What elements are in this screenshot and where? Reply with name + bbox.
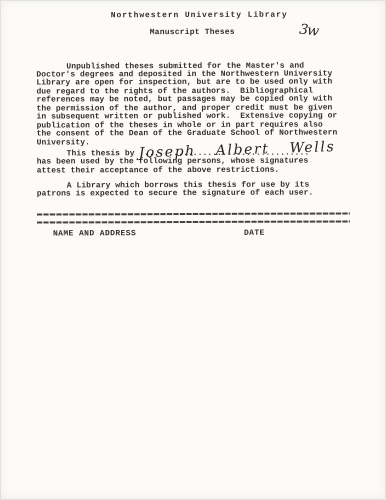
- handwritten-page-mark: 3w: [298, 22, 319, 40]
- table-rule-top: [37, 212, 350, 215]
- column-header-name-address: NAME AND ADDRESS: [53, 229, 136, 238]
- table-rule-bottom: [37, 220, 350, 223]
- scanned-document-page: Northwestern University Library Manuscri…: [0, 0, 386, 500]
- form-title: Manuscript Theses: [0, 27, 384, 37]
- column-header-date: DATE: [244, 228, 265, 237]
- borrow-notice-paragraph: A Library which borrows this thesis for …: [37, 181, 355, 199]
- document-content: Northwestern University Library Manuscri…: [0, 0, 386, 499]
- restrictions-paragraph: Unpublished theses submitted for the Mas…: [36, 62, 354, 148]
- borrow-notice-line: patrons is expected to secure the signat…: [37, 189, 355, 199]
- thesis-usage-line: attest their acceptance of the above res…: [37, 166, 355, 176]
- library-name-title: Northwestern University Library: [0, 10, 384, 20]
